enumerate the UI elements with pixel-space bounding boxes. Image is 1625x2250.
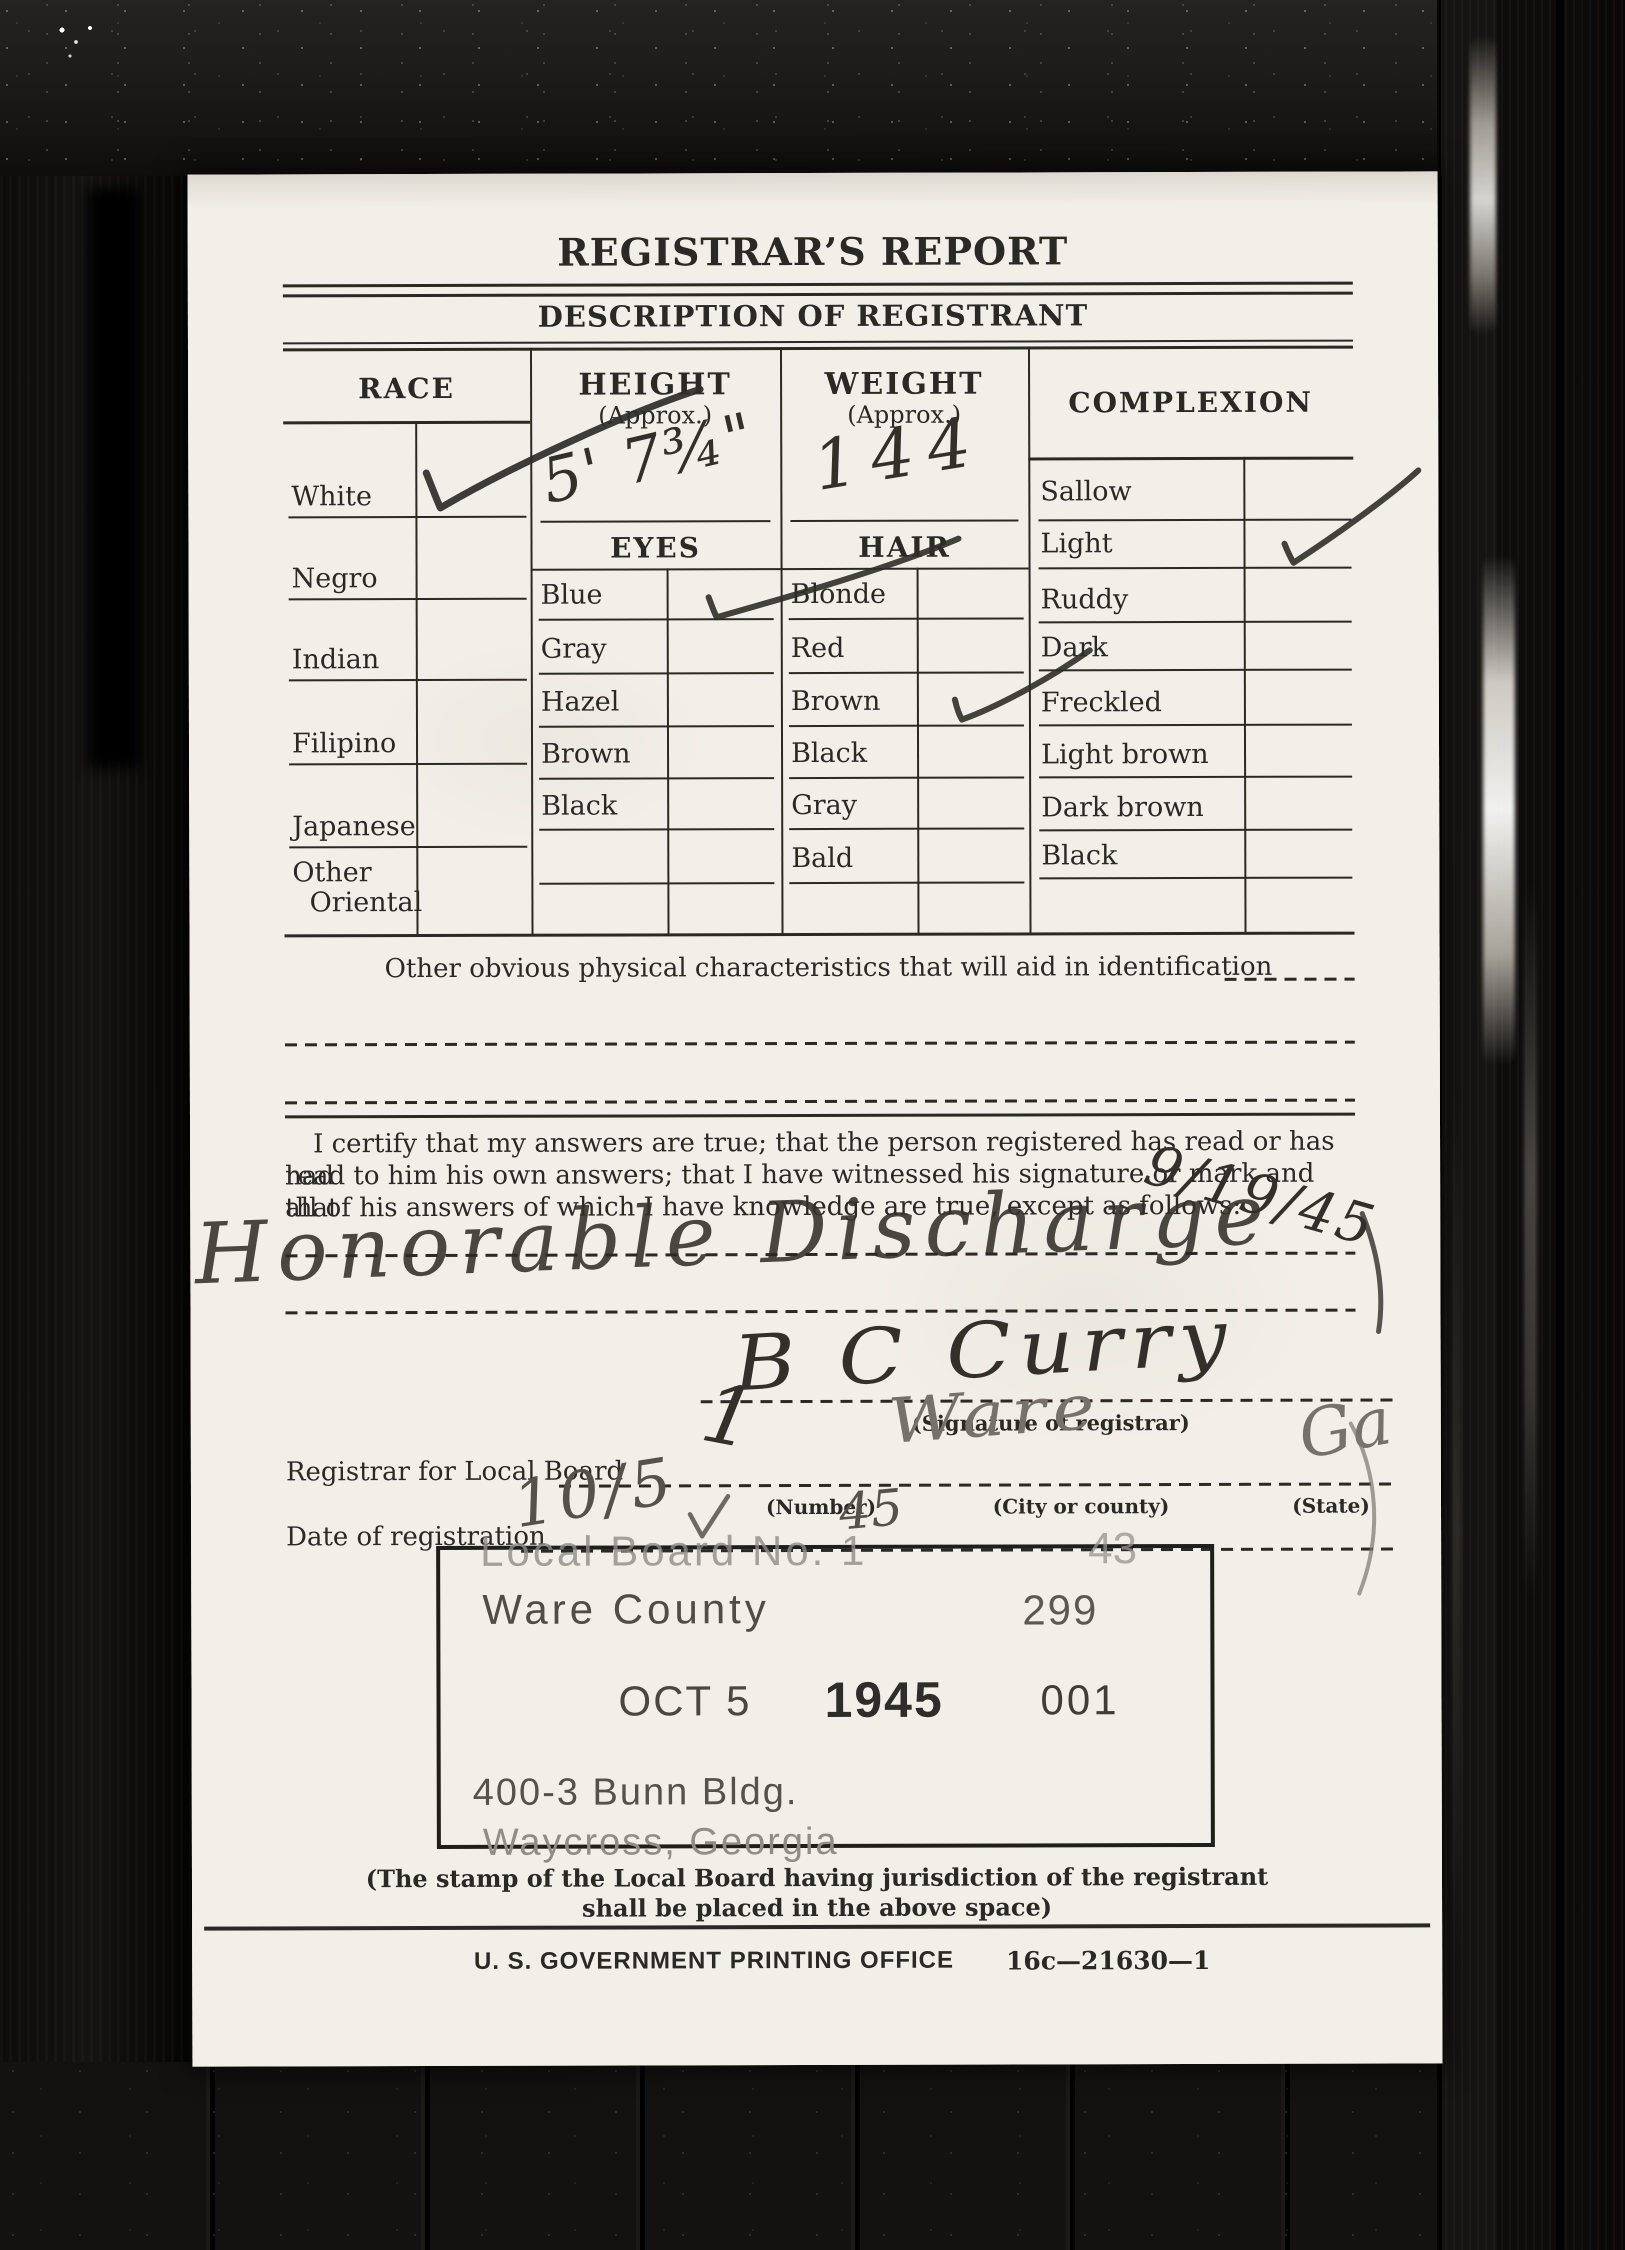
row-underline <box>289 679 527 682</box>
eyes-option-gray: Gray <box>541 635 607 665</box>
wood-highlight-streak <box>1483 555 1515 1065</box>
complexion-check-divider <box>1243 457 1246 934</box>
wood-seam <box>1556 0 1564 2250</box>
board-line <box>559 1482 1396 1487</box>
complexion-header-rule <box>1028 457 1353 461</box>
stamp-address: 400-3 Bunn Bldg. <box>473 1771 799 1815</box>
hair-option-black: Black <box>791 739 867 769</box>
eyes-header: EYES <box>530 531 780 565</box>
eyes-option-brown: Brown <box>541 739 631 769</box>
eyes-header-rule <box>531 568 781 571</box>
complexion-option-ruddy: Ruddy <box>1041 585 1129 615</box>
form-subtitle: DESCRIPTION OF REGISTRANT <box>188 297 1438 334</box>
row-underline <box>1038 519 1351 522</box>
row-underline <box>289 598 527 601</box>
handwritten-board-number: 1 <box>694 1365 763 1468</box>
row-underline <box>1039 669 1352 672</box>
hair-option-blonde: Blonde <box>791 580 886 610</box>
race-option-japanese: Japanese <box>292 812 416 842</box>
eyes-option-hazel: Hazel <box>541 688 620 718</box>
stamp-city: Waycross, Georgia <box>483 1821 839 1865</box>
wood-shadow-gap <box>88 188 140 768</box>
fill-in-dashes <box>1225 978 1355 981</box>
table-bottom-rule <box>285 932 1355 938</box>
stamp-board-code: 43 <box>1088 1524 1137 1574</box>
row-underline <box>539 725 774 728</box>
section-rule <box>283 346 1353 352</box>
hair-option-bald: Bald <box>791 844 853 874</box>
footer-form-code: 16c—21630—1 <box>1006 1946 1210 1976</box>
hair-header: HAIR <box>780 530 1028 564</box>
row-underline <box>1039 877 1352 880</box>
race-option-negro: Negro <box>292 564 378 594</box>
stamp-caption-line-2: shall be placed in the above space) <box>247 1892 1387 1924</box>
stamp-caption-line-1: (The stamp of the Local Board having jur… <box>247 1862 1387 1895</box>
race-option-indian: Indian <box>292 645 380 675</box>
complexion-option-dark-brown: Dark brown <box>1041 793 1204 823</box>
photo-scene: REGISTRAR’S REPORT DESCRIPTION OF REGIST… <box>0 0 1625 2250</box>
complexion-light-checkmark <box>1284 470 1418 562</box>
stamp-date-code: 001 <box>1040 1676 1119 1724</box>
wood-plank-bottom <box>0 2062 1437 2250</box>
row-underline <box>289 763 527 766</box>
stamp-board-line: Local Board No. 1 <box>480 1527 867 1576</box>
fill-in-dashes <box>285 1099 1355 1105</box>
stamp-date-year: 1945 <box>824 1671 943 1729</box>
eyes-check-divider <box>667 568 670 935</box>
column-divider <box>530 348 534 936</box>
form-title: REGISTRAR’S REPORT <box>188 227 1438 275</box>
height-underline <box>540 520 770 523</box>
other-characteristics-label: Other obvious physical characteristics t… <box>385 952 1273 984</box>
row-underline <box>288 516 526 519</box>
fill-in-dashes <box>285 1041 1355 1047</box>
hair-option-red: Red <box>791 634 845 664</box>
row-underline <box>539 777 774 780</box>
complexion-option-dark: Dark <box>1041 633 1108 663</box>
handwritten-board-state: Ga <box>1293 1382 1397 1474</box>
stamp-county: Ware County <box>482 1585 770 1634</box>
title-rule <box>283 282 1353 288</box>
row-underline <box>789 776 1024 779</box>
wood-highlight-streak <box>1470 35 1496 335</box>
state-caption: (State) <box>1266 1493 1396 1517</box>
row-underline <box>789 724 1024 727</box>
local-board-stamp-box: Local Board No. 1 43 Ware County 299 OCT… <box>436 1544 1215 1849</box>
stamp-date-month-day: OCT 5 <box>618 1677 751 1725</box>
race-header: RACE <box>283 372 530 406</box>
row-underline <box>539 672 774 675</box>
dust-specks <box>50 16 120 71</box>
row-underline <box>789 827 1024 830</box>
row-underline <box>539 828 774 831</box>
row-underline <box>1039 829 1352 832</box>
section-rule <box>283 340 1353 345</box>
row-underline <box>1039 621 1352 624</box>
hair-check-divider <box>917 568 920 935</box>
hair-header-rule <box>781 567 1029 570</box>
stamp-county-code: 299 <box>1022 1586 1098 1634</box>
row-underline <box>289 846 527 849</box>
handwritten-board-city: Ware <box>886 1370 1104 1458</box>
race-option-white: White <box>291 482 372 512</box>
complexion-header: COMPLEXION <box>1028 386 1353 420</box>
hair-option-brown: Brown <box>791 687 881 717</box>
row-underline <box>789 671 1024 674</box>
complexion-option-freckled: Freckled <box>1041 688 1162 718</box>
wood-highlight-streak <box>1452 1080 1461 1980</box>
section-rule <box>285 1113 1355 1119</box>
row-underline <box>789 617 1024 620</box>
footer-printing-office: U. S. GOVERNMENT PRINTING OFFICE <box>474 1947 954 1977</box>
title-rule <box>283 292 1353 298</box>
race-option-other-oriental: Other Oriental <box>292 858 422 918</box>
wood-highlight-streak <box>1524 880 1537 1600</box>
row-underline <box>789 881 1024 884</box>
row-underline <box>1039 776 1352 779</box>
complexion-option-black: Black <box>1041 841 1117 871</box>
weight-header: WEIGHT <box>780 366 1028 402</box>
race-option-filipino: Filipino <box>292 729 396 759</box>
row-underline <box>539 882 774 885</box>
registrar-report-card: REGISTRAR’S REPORT DESCRIPTION OF REGIST… <box>188 171 1443 2066</box>
column-divider <box>780 347 784 935</box>
eyes-option-black: Black <box>541 792 617 822</box>
race-header-rule <box>283 421 530 425</box>
row-underline <box>539 618 774 621</box>
complexion-option-sallow: Sallow <box>1040 477 1131 507</box>
row-underline <box>1039 567 1352 570</box>
complexion-option-light-brown: Light brown <box>1041 740 1209 770</box>
eyes-option-blue: Blue <box>541 581 603 611</box>
footer-rule <box>204 1923 1430 1930</box>
column-divider <box>1028 346 1032 934</box>
city-county-caption: (City or county) <box>981 1494 1181 1519</box>
complexion-option-light: Light <box>1040 529 1112 559</box>
hair-option-gray: Gray <box>791 791 857 821</box>
wood-plank-top <box>0 0 1625 184</box>
weight-underline <box>790 519 1018 522</box>
row-underline <box>1039 724 1352 727</box>
